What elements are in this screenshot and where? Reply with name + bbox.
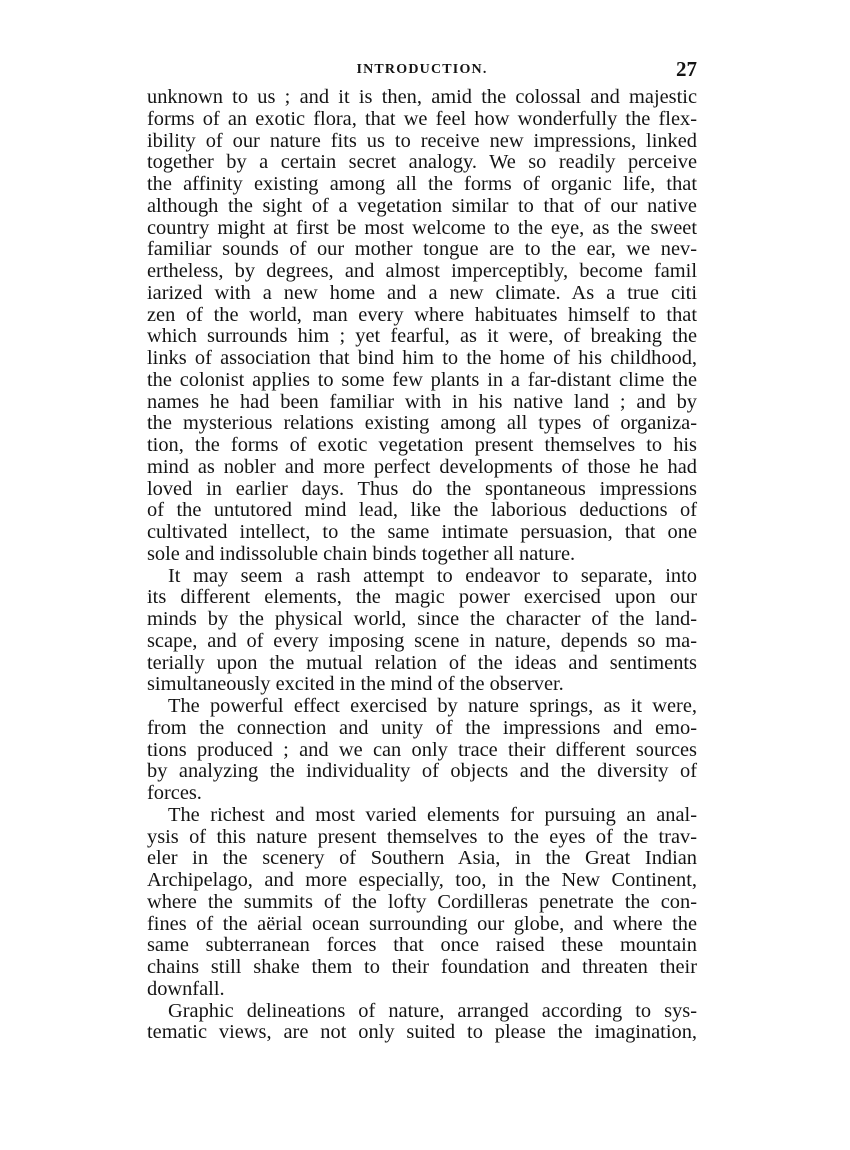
text-line: eler in the scenery of Southern Asia, in…: [147, 848, 697, 870]
book-page: INTRODUCTION. 27 unknown to us ; and it …: [147, 40, 697, 1044]
text-line: mind as nobler and more perfect developm…: [147, 457, 697, 479]
text-line: scape, and of every imposing scene in na…: [147, 631, 697, 653]
text-line: minds by the physical world, since the c…: [147, 609, 697, 631]
text-line: Graphic delineations of nature, arranged…: [147, 1001, 697, 1023]
text-line: Archipelago, and more especially, too, i…: [147, 870, 697, 892]
text-line: the affinity existing among all the form…: [147, 174, 697, 196]
text-line: names he had been familiar with in his n…: [147, 392, 697, 414]
paragraph: unknown to us ; and it is then, amid the…: [147, 87, 697, 566]
paragraph: It may seem a rash attempt to endeavor t…: [147, 566, 697, 697]
text-line: ertheless, by degrees, and almost imperc…: [147, 261, 697, 283]
text-line: the mysterious relations existing among …: [147, 413, 697, 435]
page-number: 27: [676, 57, 697, 82]
text-line: from the connection and unity of the imp…: [147, 718, 697, 740]
text-line: iarized with a new home and a new climat…: [147, 283, 697, 305]
text-line: of the untutored mind lead, like the lab…: [147, 500, 697, 522]
text-line: loved in earlier days. Thus do the spont…: [147, 479, 697, 501]
text-line: fines of the aërial ocean surrounding ou…: [147, 914, 697, 936]
text-line: which surrounds him ; yet fearful, as it…: [147, 326, 697, 348]
text-line: unknown to us ; and it is then, amid the…: [147, 87, 697, 109]
text-line: same subterranean forces that once raise…: [147, 935, 697, 957]
paragraph: The powerful effect exercised by nature …: [147, 696, 697, 805]
text-line: together by a certain secret analogy. We…: [147, 152, 697, 174]
body-text: unknown to us ; and it is then, amid the…: [147, 87, 697, 1044]
text-line: It may seem a rash attempt to endeavor t…: [147, 566, 697, 588]
text-line: ysis of this nature present themselves t…: [147, 827, 697, 849]
text-line: sole and indissoluble chain binds togeth…: [147, 544, 697, 566]
paragraph: The richest and most varied elements for…: [147, 805, 697, 1001]
text-line: tions produced ; and we can only trace t…: [147, 740, 697, 762]
text-line: familiar sounds of our mother tongue are…: [147, 239, 697, 261]
text-line: where the summits of the lofty Cordiller…: [147, 892, 697, 914]
text-line: country might at first be most welcome t…: [147, 218, 697, 240]
text-line: the colonist applies to some few plants …: [147, 370, 697, 392]
text-line: by analyzing the individuality of object…: [147, 761, 697, 783]
text-line: terially upon the mutual relation of the…: [147, 653, 697, 675]
text-line: The richest and most varied elements for…: [147, 805, 697, 827]
text-line: simultaneously excited in the mind of th…: [147, 674, 697, 696]
text-line: forces.: [147, 783, 697, 805]
paragraph: Graphic delineations of nature, arranged…: [147, 1001, 697, 1045]
running-head: INTRODUCTION. 27: [147, 40, 697, 80]
text-line: links of association that bind him to th…: [147, 348, 697, 370]
text-line: The powerful effect exercised by nature …: [147, 696, 697, 718]
text-line: its different elements, the magic power …: [147, 587, 697, 609]
text-line: tematic views, are not only suited to pl…: [147, 1022, 697, 1044]
text-line: cultivated intellect, to the same intima…: [147, 522, 697, 544]
text-line: zen of the world, man every where habitu…: [147, 305, 697, 327]
text-line: downfall.: [147, 979, 697, 1001]
text-line: tion, the forms of exotic vegetation pre…: [147, 435, 697, 457]
text-line: ibility of our nature fits us to receive…: [147, 131, 697, 153]
text-line: forms of an exotic flora, that we feel h…: [147, 109, 697, 131]
running-title: INTRODUCTION.: [147, 62, 697, 78]
text-line: although the sight of a vegetation simil…: [147, 196, 697, 218]
text-line: chains still shake them to their foundat…: [147, 957, 697, 979]
